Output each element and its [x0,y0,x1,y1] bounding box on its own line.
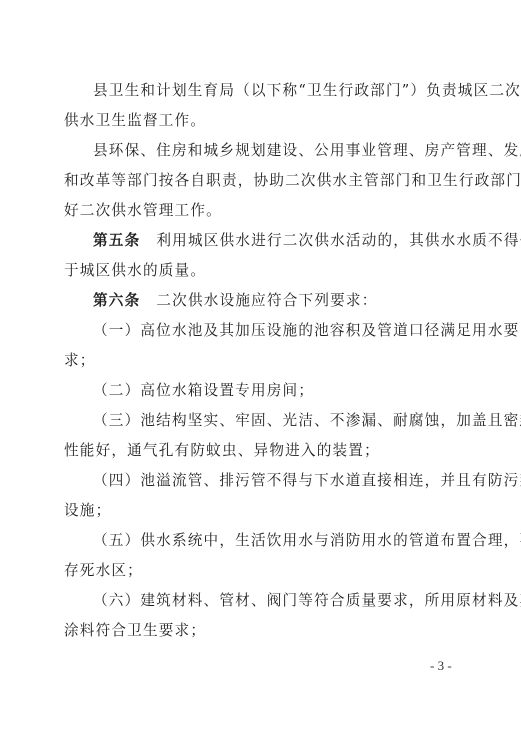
text-line: 第六条二次供水设施应符合下列要求： [64,286,464,316]
article-text: 二次供水设施应符合下列要求： [156,292,377,309]
article-text: 利用城区供水进行二次供水活动的，其供水水质不得低 [156,232,521,249]
text-line: 供水卫生监督工作。 [64,106,464,136]
list-item-6: （六）建筑材料、管材、阀门等符合质量要求，所用原材料及其 涂料符合卫生要求； [64,586,464,646]
page-number: - 3 - [430,658,452,674]
text-line: 求； [64,346,464,376]
list-item-3: （三）池结构坚实、牢固、光洁、不渗漏、耐腐蚀，加盖且密封 性能好，通气孔有防蚊虫… [64,406,464,466]
paragraph-cooperating-depts: 县环保、住房和城乡规划建设、公用事业管理、房产管理、发展 和改革等部门按各自职责… [64,136,464,226]
paragraph-health-dept: 县卫生和计划生育局（以下称“卫生行政部门”）负责城区二次 供水卫生监督工作。 [64,76,464,136]
list-item-4: （四）池溢流管、排污管不得与下水道直接相连，并且有防污染 设施； [64,466,464,526]
text-line: 存死水区； [64,556,464,586]
document-page: 县卫生和计划生育局（以下称“卫生行政部门”）负责城区二次 供水卫生监督工作。 县… [0,0,521,739]
article-heading: 第五条 [93,232,140,249]
text-line: 县卫生和计划生育局（以下称“卫生行政部门”）负责城区二次 [64,76,491,106]
text-line: 涂料符合卫生要求； [64,616,464,646]
text-line: （三）池结构坚实、牢固、光洁、不渗漏、耐腐蚀，加盖且密封 [64,406,491,436]
article-5: 第五条利用城区供水进行二次供水活动的，其供水水质不得低 于城区供水的质量。 [64,226,464,286]
list-item-5: （五）供水系统中，生活饮用水与消防用水的管道布置合理，不 存死水区； [64,526,464,586]
text-line: （六）建筑材料、管材、阀门等符合质量要求，所用原材料及其 [64,586,491,616]
text-line: 好二次供水管理工作。 [64,196,464,226]
text-line: （二）高位水箱设置专用房间； [64,376,464,406]
list-item-1: （一）高位水池及其加压设施的池容积及管道口径满足用水要 求； [64,316,464,376]
text-line: （四）池溢流管、排污管不得与下水道直接相连，并且有防污染 [64,466,491,496]
article-heading: 第六条 [93,292,140,309]
list-item-2: （二）高位水箱设置专用房间； [64,376,464,406]
text-line: 县环保、住房和城乡规划建设、公用事业管理、房产管理、发展 [64,136,491,166]
text-line: 第五条利用城区供水进行二次供水活动的，其供水水质不得低 [64,226,464,256]
text-line: （一）高位水池及其加压设施的池容积及管道口径满足用水要 [64,316,491,346]
article-6: 第六条二次供水设施应符合下列要求： [64,286,464,316]
text-line: （五）供水系统中，生活饮用水与消防用水的管道布置合理，不 [64,526,491,556]
document-body: 县卫生和计划生育局（以下称“卫生行政部门”）负责城区二次 供水卫生监督工作。 县… [64,76,464,646]
text-line: 和改革等部门按各自职责，协助二次供水主管部门和卫生行政部门做 [64,166,462,196]
text-line: 设施； [64,496,464,526]
text-line: 性能好，通气孔有防蚊虫、异物进入的装置； [64,436,464,466]
text-line: 于城区供水的质量。 [64,256,464,286]
